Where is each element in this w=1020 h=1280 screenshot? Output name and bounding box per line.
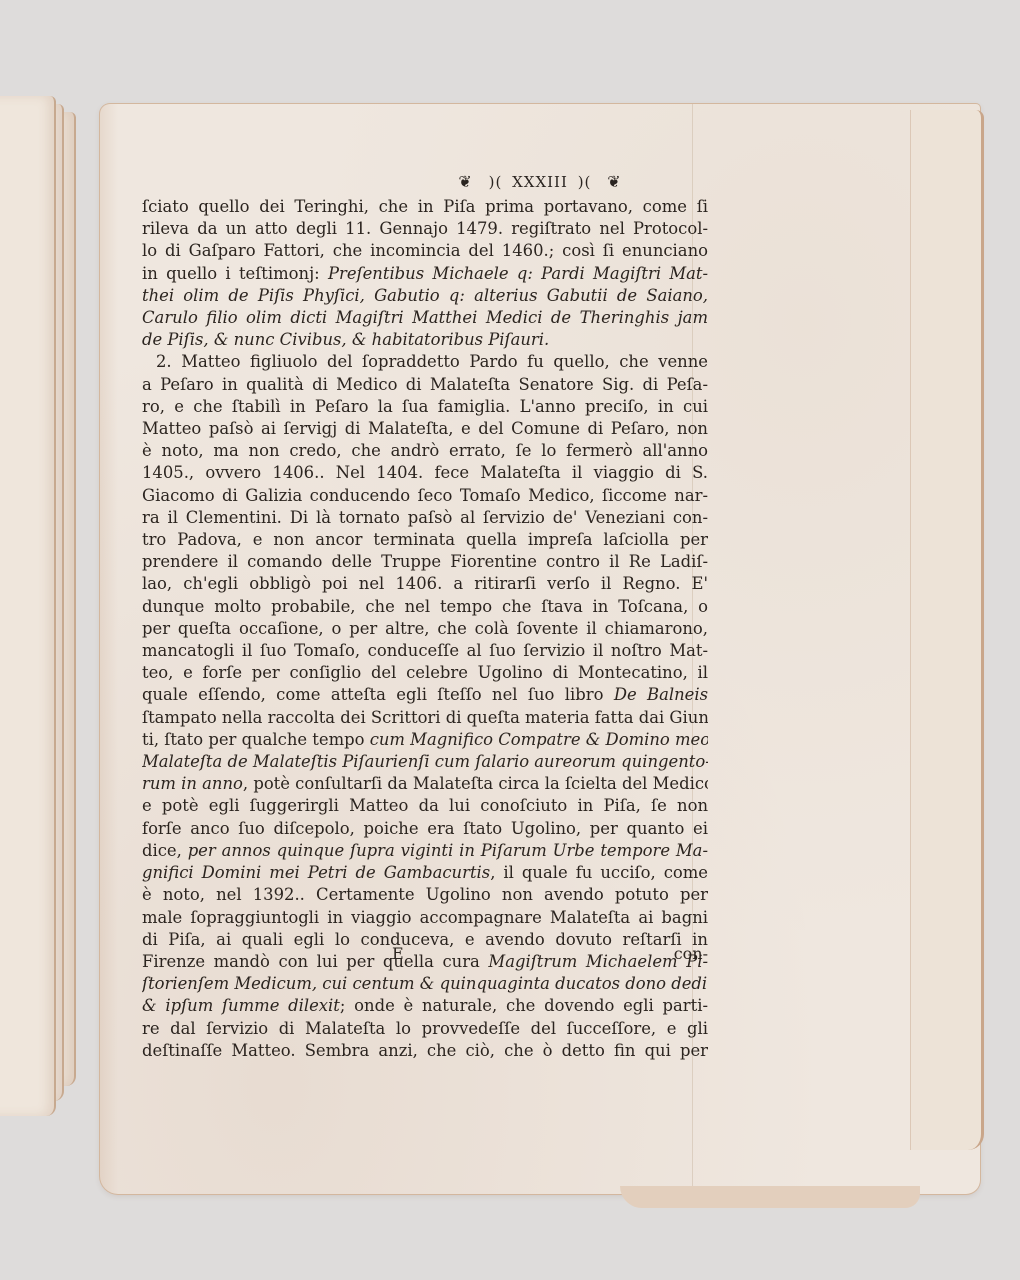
text-line: mancatogli il ſuo Tomaſo, conduceſſe al … (142, 640, 708, 662)
text-line: Matteo paſsò ai ſervigj di Malateſta, e … (142, 418, 708, 440)
line-text: Malateſta de Malateſtis Piſaurienſi cum … (142, 752, 708, 771)
document-page: ❦ )( XXXIII )( ❦ ſciato quello dei Terin… (100, 104, 980, 1194)
text-line: deſtinaſſe Matteo. Sembra anzi, che ciò,… (142, 1040, 708, 1062)
text-line: lo di Gaſparo Fattori, che incomincia de… (142, 240, 708, 262)
text-line: teo, e forſe per conſiglio del celebre U… (142, 662, 708, 684)
text-line: e potè egli ſuggerirgli Matteo da lui co… (142, 795, 708, 817)
text-line: ſtampato nella raccolta dei Scrittori di… (142, 707, 708, 729)
line-text: tro Padova, e non ancor terminata quella… (142, 530, 708, 549)
page-footer: E con- (142, 944, 708, 966)
line-text: in quello i teſtimonj: (142, 264, 328, 283)
text-line: male ſopraggiuntogli in viaggio accompag… (142, 907, 708, 929)
text-line: dunque molto probabile, che nel tempo ch… (142, 596, 708, 618)
latin-quotation: gnifici Domini mei Petri de Gambacurtis (142, 863, 490, 882)
line-text: , potè conſultarſi da Malateſta circa la… (243, 774, 708, 793)
fleuron-ornament-icon: ❦ (607, 172, 621, 191)
fleuron-ornament-icon: ❦ (458, 172, 472, 191)
latin-quotation: & ipſum ſumme dilexit (142, 996, 340, 1015)
line-text: quale eſſendo, come atteſta egli ſteſſo … (142, 685, 614, 704)
text-line: ti, ſtato per qualche tempo cum Magnific… (142, 729, 708, 751)
text-line: Malateſta de Malateſtis Piſaurienſi cum … (142, 751, 708, 773)
latin-quotation: Preſentibus Michaele q: Pardi Magiſtri M… (328, 264, 708, 283)
page-torn-edge (620, 1186, 920, 1208)
catchword: con- (674, 944, 708, 963)
text-line: forſe anco ſuo diſcepolo, poiche era ſta… (142, 818, 708, 840)
text-line: è noto, ma non credo, che andrò errato, … (142, 440, 708, 462)
text-line: per queſta occaſione, o per altre, che c… (142, 618, 708, 640)
line-text: teo, e forſe per conſiglio del celebre U… (142, 663, 708, 682)
text-line: rileva da un atto degli 11. Gennajo 1479… (142, 218, 708, 240)
text-line: de Piſis, & nunc Civibus, & habitatoribu… (142, 329, 708, 351)
line-text: ti, ſtato per qualche tempo (142, 730, 370, 749)
line-text: ro, e che ſtabilì in Peſaro la ſua famig… (142, 397, 708, 416)
line-text: Carulo filio olim dicti Magiſtri Matthei… (142, 308, 708, 327)
line-text: , il quale fu ucciſo, come (490, 863, 708, 882)
text-line: 1405., ovvero 1406.. Nel 1404. fece Mala… (142, 462, 708, 484)
text-line: tro Padova, e non ancor terminata quella… (142, 529, 708, 551)
line-text: dice, (142, 841, 188, 860)
text-line: in quello i teſtimonj: Preſentibus Micha… (142, 263, 708, 285)
latin-quotation: rum in anno (142, 774, 243, 793)
header-bracket-left: )( (489, 173, 503, 191)
line-text: a Peſaro in qualità di Medico di Malateſ… (142, 375, 708, 394)
line-text: Matteo paſsò ai ſervigj di Malateſta, e … (142, 419, 708, 438)
text-line: ſciato quello dei Teringhi, che in Piſa … (142, 196, 708, 218)
line-text: ; onde è naturale, che dovendo egli part… (340, 996, 708, 1015)
signature-mark: E (392, 944, 404, 963)
adjacent-page-sheet (0, 96, 56, 1116)
line-text: forſe anco ſuo diſcepolo, poiche era ſta… (142, 819, 708, 838)
text-line: & ipſum ſumme dilexit; onde è naturale, … (142, 995, 708, 1017)
text-line: gnifici Domini mei Petri de Gambacurtis,… (142, 862, 708, 884)
line-text: lo di Gaſparo Fattori, che incomincia de… (142, 241, 708, 260)
line-text: è noto, ma non credo, che andrò errato, … (142, 441, 708, 460)
line-text: 1405., ovvero 1406.. Nel 1404. fece Mala… (142, 463, 708, 482)
line-text: ſtampato nella raccolta dei Scrittori di… (142, 708, 708, 727)
line-text: Giacomo di Galizia conducendo ſeco Tomaſ… (142, 486, 708, 505)
line-text: prendere il comando delle Truppe Fiorent… (142, 552, 708, 571)
line-text: ſtorienſem Medicum, cui centum & quinqua… (142, 974, 708, 993)
text-line: dice, per annos quinque ſupra viginti in… (142, 840, 708, 862)
latin-quotation: per annos quinque ſupra viginti in Piſar… (188, 841, 708, 860)
page-number: XXXIII (512, 173, 568, 191)
line-text: male ſopraggiuntogli in viaggio accompag… (142, 908, 708, 927)
text-line: quale eſſendo, come atteſta egli ſteſſo … (142, 684, 708, 706)
line-text: deſtinaſſe Matteo. Sembra anzi, che ciò,… (142, 1041, 708, 1060)
text-line: lao, ch'egli obbligò poi nel 1406. a rit… (142, 573, 708, 595)
line-text: e potè egli ſuggerirgli Matteo da lui co… (142, 796, 708, 815)
text-line: thei olim de Piſis Phyſici, Gabutio q: a… (142, 285, 708, 307)
text-line: ſtorienſem Medicum, cui centum & quinqua… (142, 973, 708, 995)
text-line: re dal ſervizio di Malateſta lo provvede… (142, 1018, 708, 1040)
latin-quotation: cum Magnifico Compatre & Domino meo (370, 730, 708, 749)
text-line: rum in anno, potè conſultarſi da Malateſ… (142, 773, 708, 795)
line-text: è noto, nel 1392.. Certamente Ugolino no… (142, 885, 708, 904)
line-text: mancatogli il ſuo Tomaſo, conduceſſe al … (142, 641, 708, 660)
page-deckle-edge (910, 110, 984, 1150)
text-line: prendere il comando delle Truppe Fiorent… (142, 551, 708, 573)
text-line: è noto, nel 1392.. Certamente Ugolino no… (142, 884, 708, 906)
line-text: per queſta occaſione, o per altre, che c… (142, 619, 708, 638)
line-text: dunque molto probabile, che nel tempo ch… (142, 597, 708, 616)
text-line: 2. Matteo figliuolo del ſopraddetto Pard… (142, 351, 708, 373)
line-text: ſciato quello dei Teringhi, che in Piſa … (142, 197, 708, 216)
text-line: Giacomo di Galizia conducendo ſeco Tomaſ… (142, 485, 708, 507)
line-text: re dal ſervizio di Malateſta lo provvede… (142, 1019, 708, 1038)
line-text: lao, ch'egli obbligò poi nel 1406. a rit… (142, 574, 708, 593)
text-line: Carulo filio olim dicti Magiſtri Matthei… (142, 307, 708, 329)
latin-quotation: De Balneis (614, 685, 708, 704)
text-line: ro, e che ſtabilì in Peſaro la ſua famig… (142, 396, 708, 418)
line-text: 2. Matteo figliuolo del ſopraddetto Pard… (156, 352, 708, 371)
adjacent-pages-stack (0, 96, 82, 1196)
line-text: thei olim de Piſis Phyſici, Gabutio q: a… (142, 286, 708, 305)
line-text: de Piſis, & nunc Civibus, & habitatoribu… (142, 330, 549, 349)
line-text: ra il Clementini. Di là tornato paſsò al… (142, 508, 708, 527)
page-header: ❦ )( XXXIII )( ❦ (100, 172, 980, 191)
body-text: ſciato quello dei Teringhi, che in Piſa … (142, 196, 708, 1062)
line-text: rileva da un atto degli 11. Gennajo 1479… (142, 219, 708, 238)
text-line: a Peſaro in qualità di Medico di Malateſ… (142, 374, 708, 396)
text-line: ra il Clementini. Di là tornato paſsò al… (142, 507, 708, 529)
header-bracket-right: )( (578, 173, 592, 191)
